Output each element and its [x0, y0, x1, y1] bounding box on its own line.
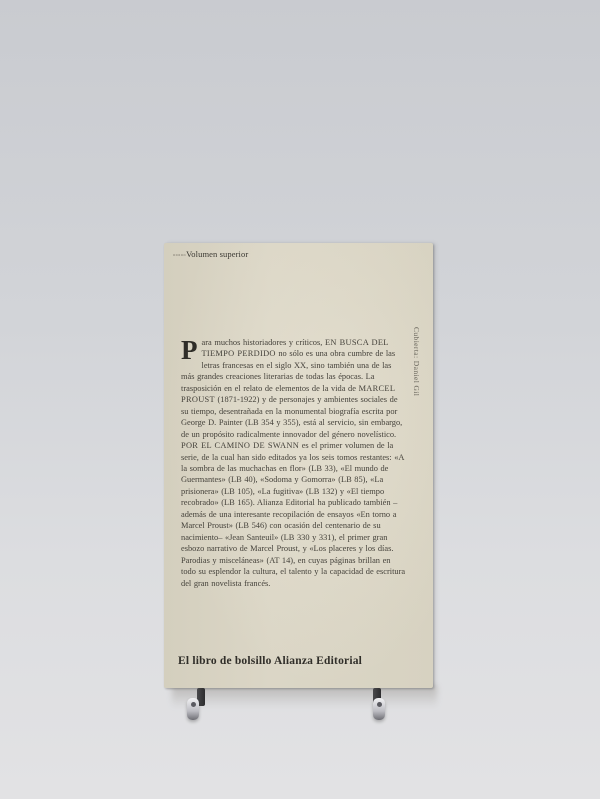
series-label-text: Volumen superior — [186, 249, 248, 259]
book-shadow — [172, 686, 437, 708]
stand-bolt-left — [191, 702, 196, 707]
cover-credit: Cubierta: Daniel Gil — [412, 327, 421, 396]
series-marker-icon: ▫▫▫▫▫ — [173, 253, 186, 259]
blurb-segment: (1871-1922) y de personajes y ambientes … — [181, 395, 402, 438]
book-back-cover: ▫▫▫▫▫Volumen superior Para muchos histor… — [164, 243, 433, 688]
publisher-line: El libro de bolsillo Alianza Editorial — [178, 655, 362, 667]
series-label: ▫▫▫▫▫Volumen superior — [173, 249, 248, 259]
blurb-text: Para muchos historiadores y críticos, EN… — [181, 337, 406, 589]
product-photo: ▫▫▫▫▫Volumen superior Para muchos histor… — [0, 0, 600, 799]
blurb-segment: es el primer volumen de la serie, de la … — [181, 441, 405, 587]
stand-bolt-right — [377, 702, 382, 707]
blurb-title-swann: POR EL CAMINO DE SWANN — [181, 441, 299, 450]
blurb-segment: ara muchos historiadores y críticos, — [202, 338, 325, 347]
drop-cap: P — [181, 339, 198, 361]
